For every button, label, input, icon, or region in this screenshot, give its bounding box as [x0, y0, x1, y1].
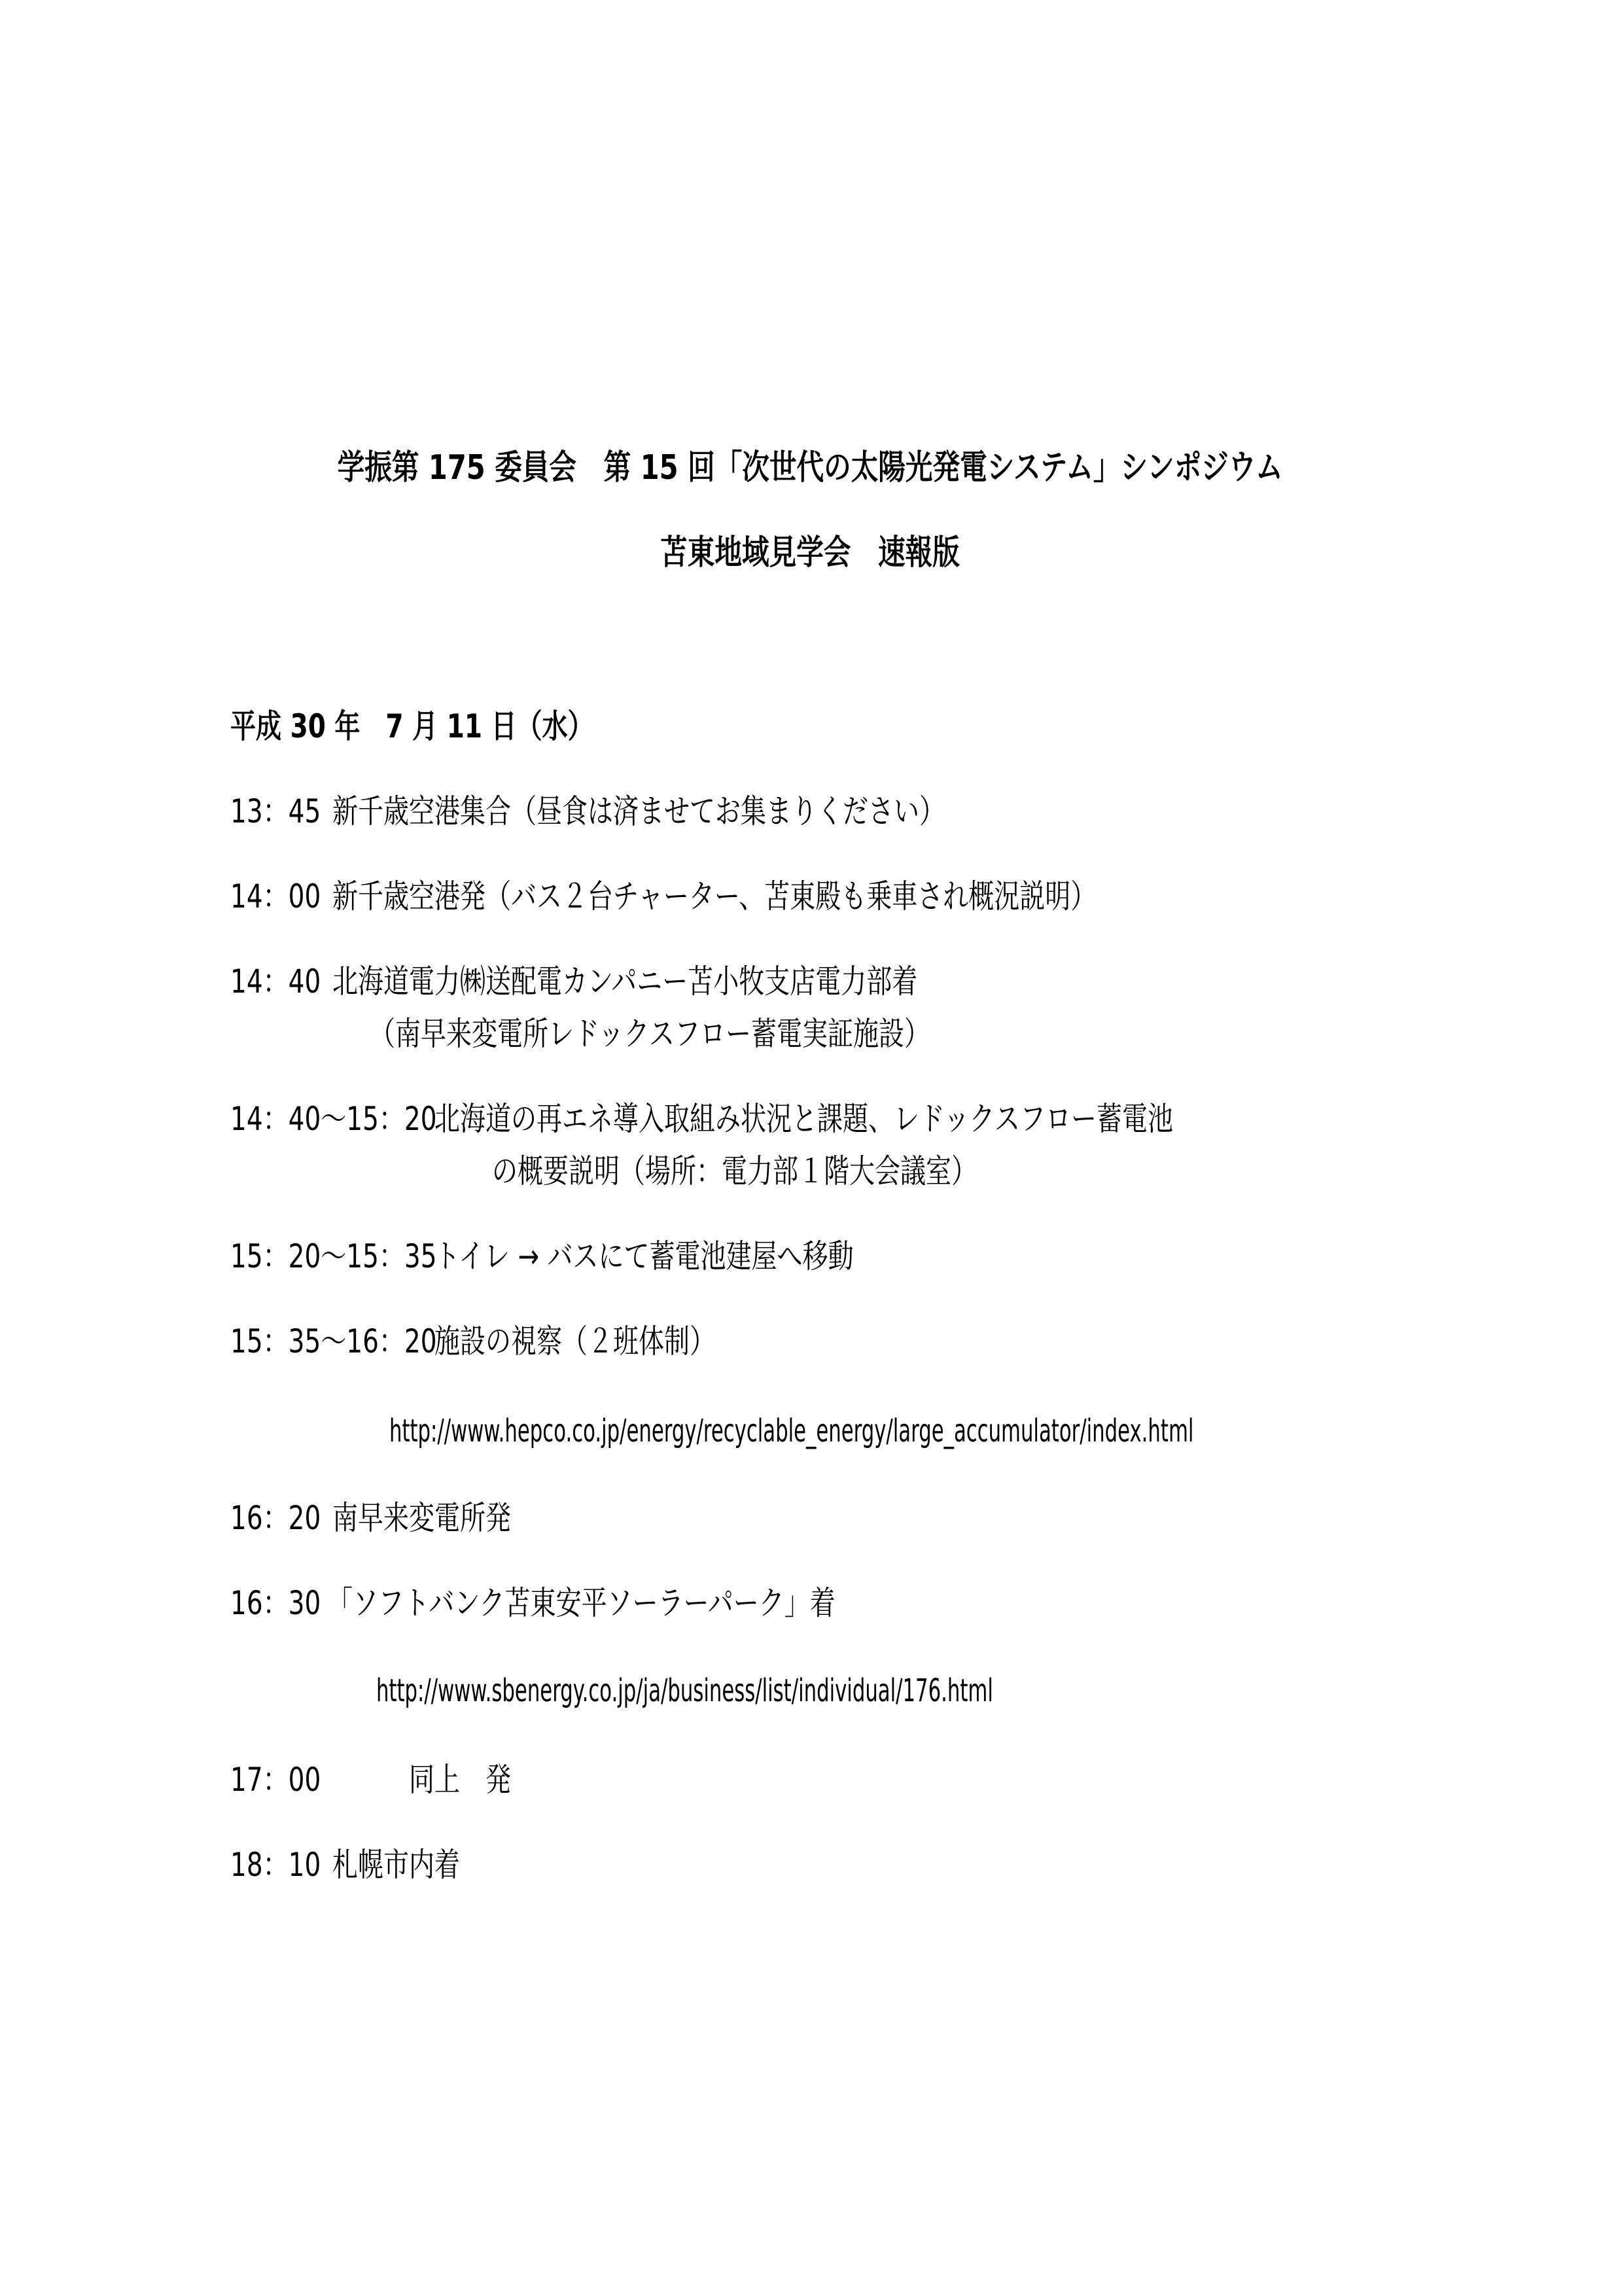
- schedule-continuation: （南早来変電所レドックスフロー蓄電実証施設）: [370, 1014, 930, 1053]
- schedule-text: 札幌市内着: [332, 1845, 460, 1884]
- schedule-item: 16：30「ソフトバンク苫東安平ソーラーパーク」着: [230, 1583, 836, 1623]
- schedule-time: 14：40～15：20: [230, 1099, 434, 1139]
- schedule-text: 新千歳空港発（バス２台チャーター、苫東殿も乗車され概況説明）: [332, 877, 1096, 916]
- schedule-item: 18：10札幌市内着: [230, 1845, 460, 1884]
- schedule-time: 14：40: [230, 962, 332, 1001]
- schedule-item: 15：35～16：20施設の視察（２班体制）: [230, 1322, 715, 1361]
- document-title: 学振第 175 委員会 第 15 回「次世代の太陽光発電システム」シンポジウム: [0, 447, 1620, 489]
- title-line-1: 学振第 175 委員会 第 15 回「次世代の太陽光発電システム」シンポジウム: [337, 447, 1282, 489]
- schedule-item: 14：40北海道電力㈱送配電カンパニー苫小牧支店電力部着: [230, 962, 917, 1001]
- title-line-2: 苫東地域見学会 速報版: [660, 532, 960, 574]
- schedule-item: 16：20南早来変電所発: [230, 1498, 511, 1538]
- schedule-item: 17：00同上 発: [230, 1760, 511, 1799]
- document-page: 学振第 175 委員会 第 15 回「次世代の太陽光発電システム」シンポジウム …: [0, 0, 1620, 2296]
- schedule-time: 17：00: [230, 1760, 409, 1799]
- schedule-text: 北海道の再エネ導入取組み状況と課題、レドックスフロー蓄電池: [434, 1099, 1173, 1139]
- schedule-time: 15：20～15：35: [230, 1237, 434, 1276]
- sbenergy-link[interactable]: http://www.sbenergy.co.jp/ja/business/li…: [376, 1672, 993, 1710]
- document-subtitle: 苫東地域見学会 速報版: [0, 532, 1620, 574]
- schedule-continuation: の概要説明（場所：電力部１階大会議室）: [492, 1152, 977, 1191]
- schedule-time: 18：10: [230, 1845, 332, 1884]
- schedule-time: 15：35～16：20: [230, 1322, 434, 1361]
- schedule-text: 「ソフトバンク苫東安平ソーラーパーク」着: [327, 1583, 835, 1623]
- schedule-text: トイレ → バスにて蓄電池建屋へ移動: [434, 1237, 854, 1276]
- schedule-text: 南早来変電所発: [332, 1498, 511, 1538]
- schedule-text: 施設の視察（２班体制）: [434, 1322, 715, 1361]
- schedule-text: 北海道電力㈱送配電カンパニー苫小牧支店電力部着: [332, 962, 917, 1001]
- schedule-time: 14：00: [230, 877, 332, 916]
- schedule-text: 同上 発: [409, 1760, 511, 1799]
- schedule-item: 14：00新千歳空港発（バス２台チャーター、苫東殿も乗車され概況説明）: [230, 877, 1096, 916]
- hepco-link[interactable]: http://www.hepco.co.jp/energy/recyclable…: [389, 1412, 1193, 1450]
- schedule-item: 15：20～15：35トイレ → バスにて蓄電池建屋へ移動: [230, 1237, 854, 1276]
- schedule-item: 14：40～15：20北海道の再エネ導入取組み状況と課題、レドックスフロー蓄電池: [230, 1099, 1173, 1139]
- schedule-item: 13：45新千歳空港集合（昼食は済ませてお集まりください）: [230, 792, 945, 831]
- schedule-time: 16：30: [230, 1583, 327, 1623]
- event-date: 平成 30 年 7 月 11 日（水）: [230, 707, 593, 746]
- schedule-time: 16：20: [230, 1498, 332, 1538]
- schedule-text: 新千歳空港集合（昼食は済ませてお集まりください）: [332, 792, 945, 831]
- schedule-time: 13：45: [230, 792, 332, 831]
